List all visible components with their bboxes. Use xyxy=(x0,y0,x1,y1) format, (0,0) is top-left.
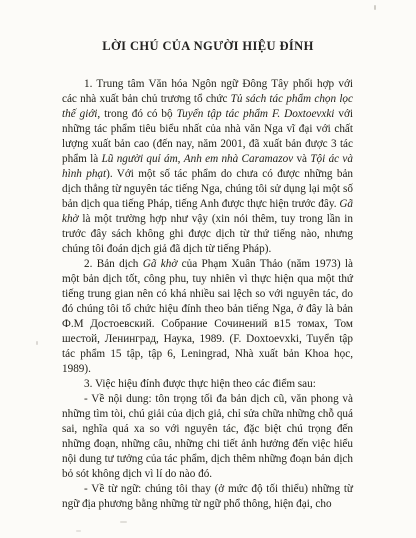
paragraph: - Về từ ngữ: chúng tôi thay (ở mức độ tố… xyxy=(62,482,353,512)
text-run-italic: Anh em nhà Caramazov xyxy=(184,153,293,165)
scan-smudge-bottom-1 xyxy=(120,521,127,523)
document-body: 1. Trung tâm Văn hóa Ngôn ngữ Đông Tây p… xyxy=(62,77,353,512)
text-run: - Về nội dung: tôn trọng tối đa bản dịch… xyxy=(62,393,353,480)
text-run: và xyxy=(293,153,310,165)
text-run: của Phạm Xuân Thảo (năm 1973) là một bản… xyxy=(62,258,353,375)
paragraph: - Về nội dung: tôn trọng tối đa bản dịch… xyxy=(62,392,353,482)
text-run: 2. Bản dịch xyxy=(84,258,143,270)
text-run-italic: Gã khờ xyxy=(143,258,178,270)
scan-speck-top-right xyxy=(374,5,376,10)
paragraph: 2. Bản dịch Gã khờ của Phạm Xuân Thảo (n… xyxy=(62,257,353,377)
paragraph: 1. Trung tâm Văn hóa Ngôn ngữ Đông Tây p… xyxy=(62,77,353,257)
text-run: 3. Việc hiệu đính được thực hiện theo cá… xyxy=(84,378,316,390)
page-title: LỜI CHÚ CỦA NGƯỜI HIỆU ĐÍNH xyxy=(0,39,416,54)
text-run: - Về từ ngữ: chúng tôi thay (ở mức độ tố… xyxy=(62,483,353,510)
text-run: là một trường hợp như vậy (xin nói thêm,… xyxy=(62,213,353,255)
text-run: ). Với một số tác phẩm do chưa có được n… xyxy=(62,168,353,210)
scan-smudge-bottom-2 xyxy=(76,530,81,532)
paragraph: 3. Việc hiệu đính được thực hiện theo cá… xyxy=(62,377,353,392)
text-run-italic: Tuyển tập tác phẩm F. Doxtoevxki xyxy=(177,108,335,120)
text-run: , trong đó có bộ xyxy=(97,108,176,120)
book-page: LỜI CHÚ CỦA NGƯỜI HIỆU ĐÍNH 1. Trung tâm… xyxy=(0,0,416,538)
scan-speck-left-margin xyxy=(36,341,38,345)
text-run-italic: Lũ người quỉ ám xyxy=(102,153,178,165)
